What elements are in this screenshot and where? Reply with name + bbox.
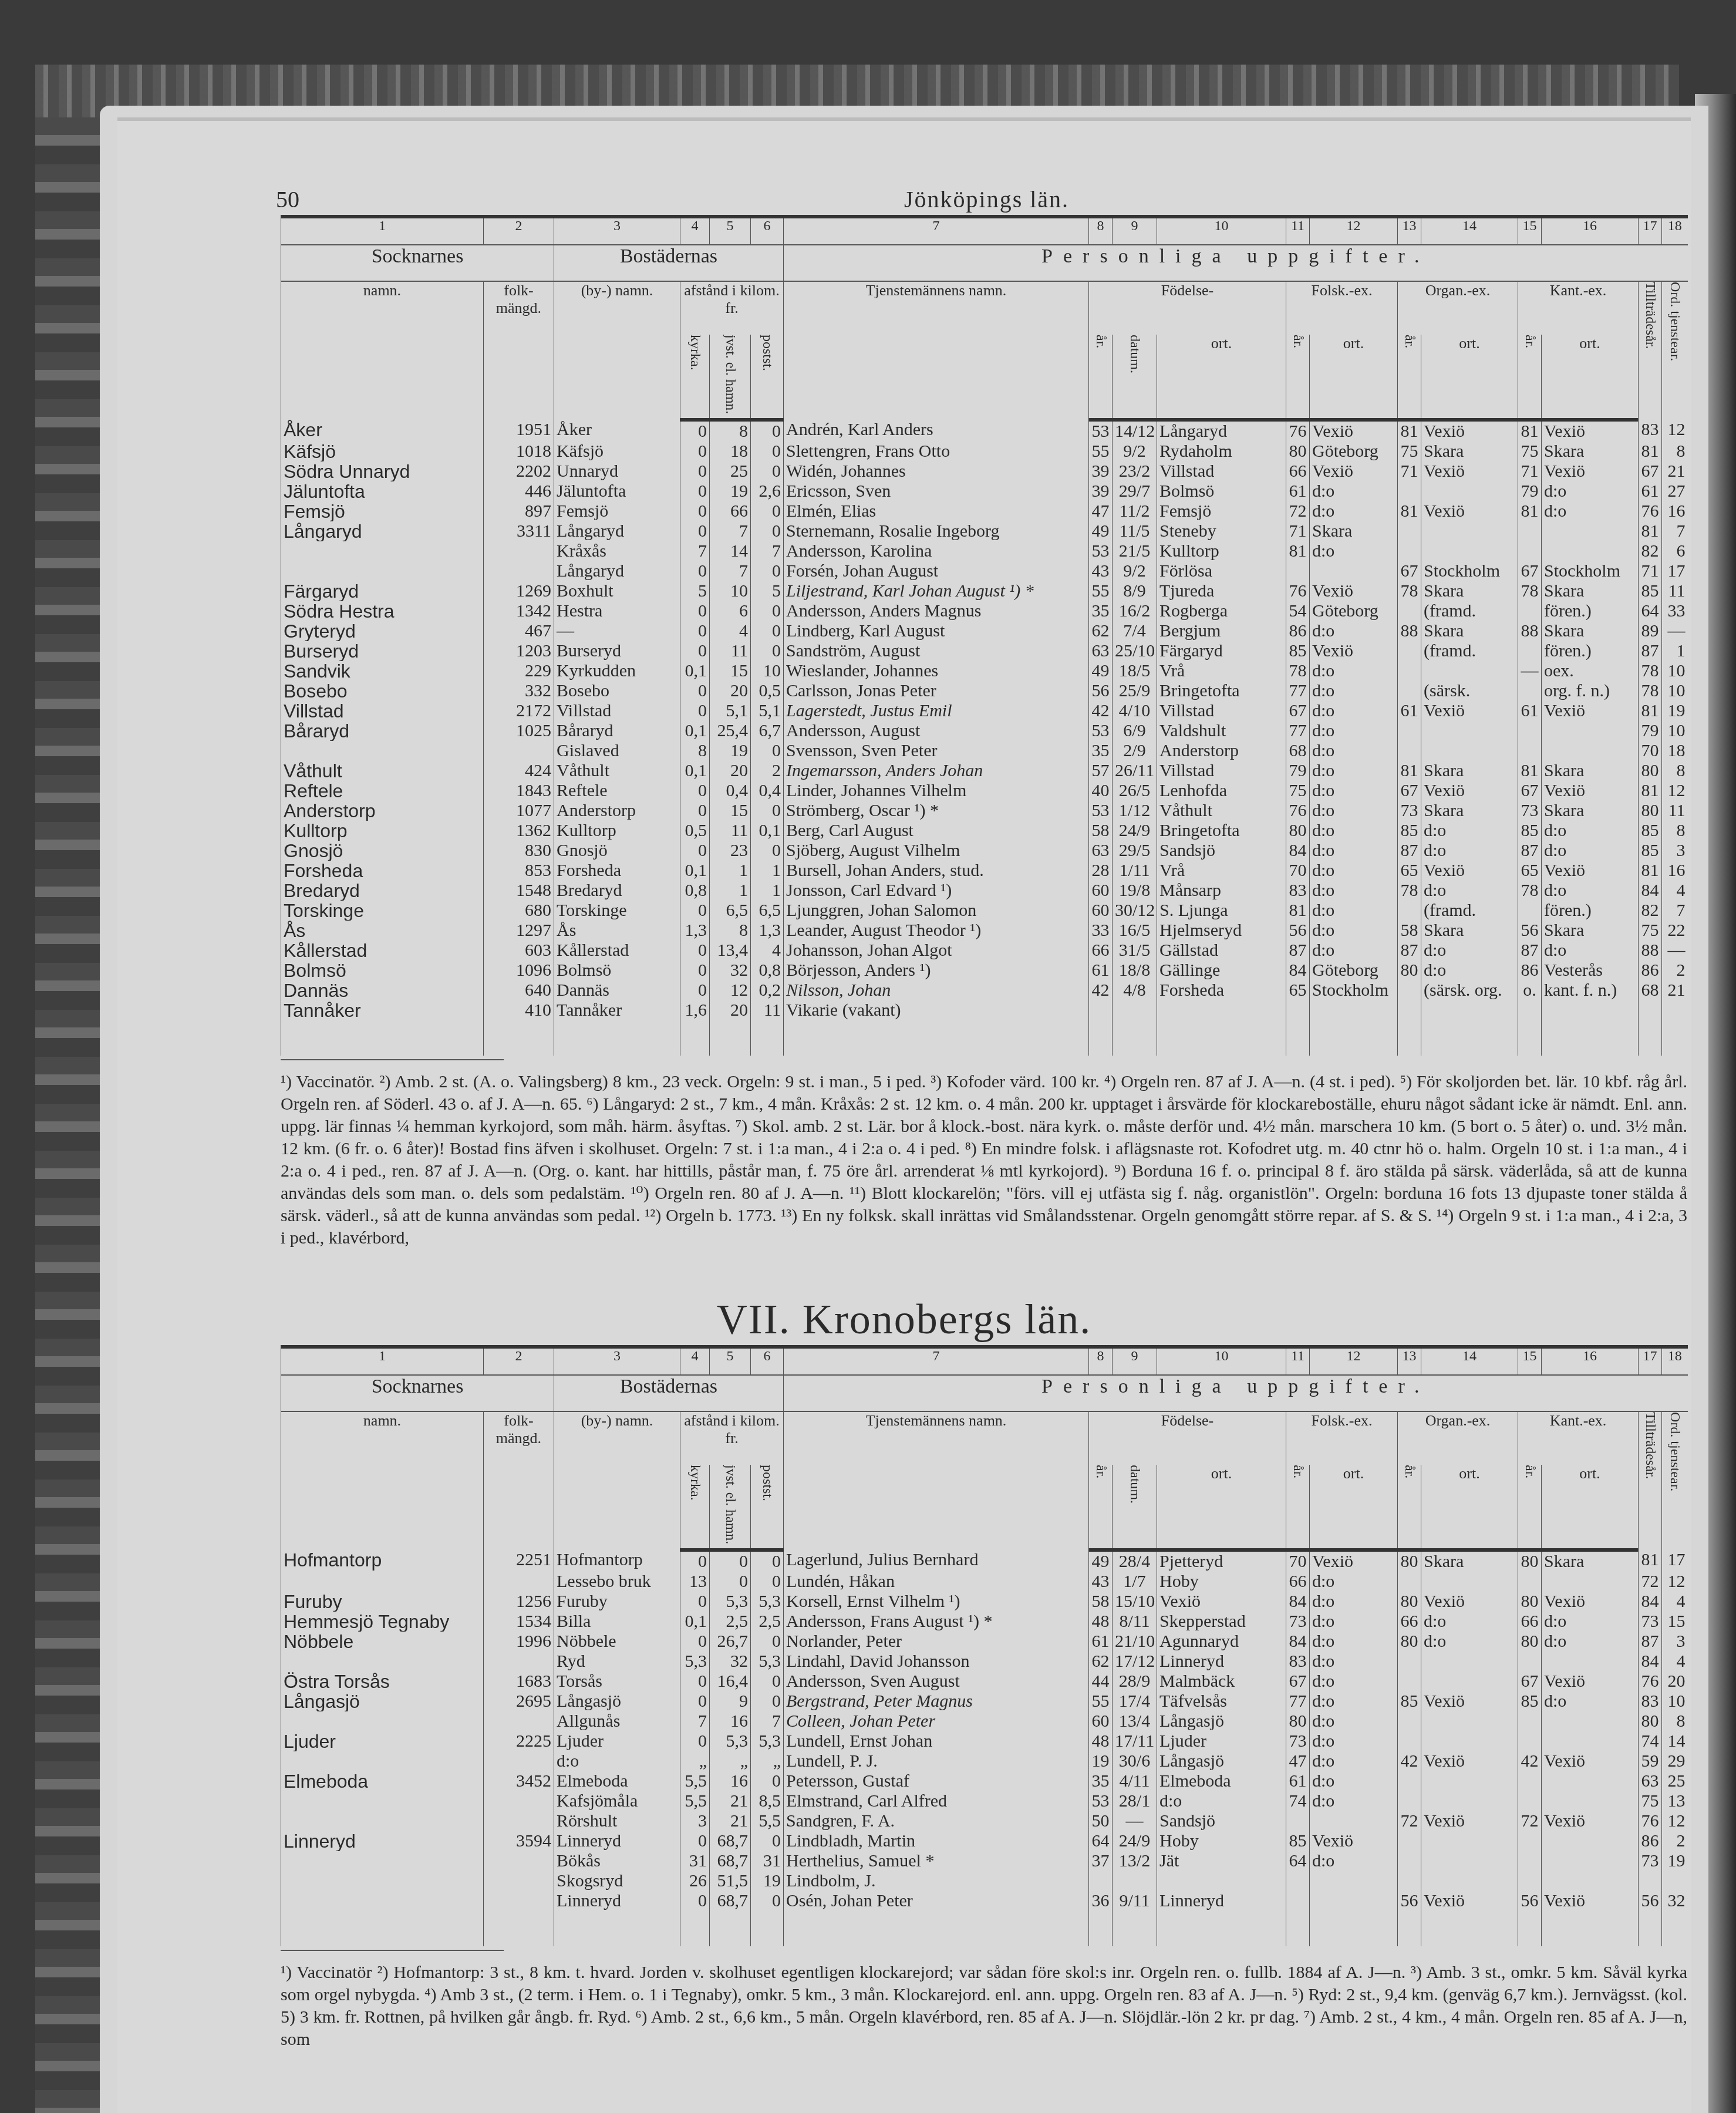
cell-fo: Vexiö — [1310, 641, 1398, 661]
cell-fa: 80 — [1286, 1711, 1310, 1731]
cell-j: 11 — [710, 821, 751, 841]
cell-oa: 80 — [1398, 1632, 1421, 1652]
cell-tj: 16 — [1662, 501, 1688, 521]
cell-fo: d:o — [1310, 721, 1398, 741]
header-bostadernas: Bostädernas — [554, 245, 784, 281]
cell-tj — [1662, 1000, 1688, 1020]
cell-j: 5,3 — [710, 1592, 751, 1612]
cell-ko — [1542, 1000, 1639, 1020]
header-fodelse: Födelse- — [1089, 281, 1286, 335]
cell-oo — [1421, 1871, 1518, 1891]
cell-j: 16,4 — [710, 1671, 751, 1691]
cell-name: Lundell, P. J. — [784, 1751, 1089, 1771]
cell-oo: Vexiö — [1421, 1891, 1518, 1911]
cell-ko: d:o — [1542, 821, 1639, 841]
cell-ort: Agunnaryd — [1157, 1632, 1286, 1652]
cell-tj: 4 — [1662, 1592, 1688, 1612]
cell-till: 88 — [1639, 941, 1662, 961]
cell-fo: d:o — [1310, 1632, 1398, 1652]
cell-fa: 79 — [1286, 761, 1310, 781]
cell-ko: kant. f. n.) — [1542, 980, 1639, 1000]
cell-ko: Vexiö — [1542, 1671, 1639, 1691]
cell-p: 0,4 — [751, 781, 784, 801]
cell-p: 0 — [751, 521, 784, 541]
cell-name: Vikarie (vakant) — [784, 1000, 1089, 1020]
column-number: 1 — [281, 1347, 484, 1375]
cell-ort: Långasjö — [1157, 1751, 1286, 1771]
table-tail — [281, 1911, 1688, 1946]
cell-p: 0 — [751, 841, 784, 861]
cell-parish: Jäluntofta — [281, 481, 484, 501]
cell-tj: 17 — [1662, 561, 1688, 581]
cell-fa: 85 — [1286, 641, 1310, 661]
cell-pop: 603 — [484, 941, 554, 961]
cell-ar: 57 — [1089, 761, 1113, 781]
cell-till: 70 — [1639, 741, 1662, 761]
cell-pop: 830 — [484, 841, 554, 861]
cell-tj: 18 — [1662, 741, 1688, 761]
cell-fo: Vexiö — [1310, 1550, 1398, 1572]
cell-by: Forsheda — [554, 861, 680, 881]
cell-oo: Skara — [1421, 581, 1518, 601]
cell-oa: 78 — [1398, 581, 1421, 601]
cell-j: 5,1 — [710, 701, 751, 721]
column-number: 15 — [1518, 217, 1542, 245]
cell-parish: Linneryd — [281, 1831, 484, 1851]
table-row: Bredaryd1548Bredaryd0,811Jonsson, Carl E… — [281, 881, 1688, 901]
cell-ort: Valdshult — [1157, 721, 1286, 741]
cell-name: Sjöberg, August Vilhelm — [784, 841, 1089, 861]
cell-j: 0 — [710, 1572, 751, 1592]
cell-ar: 49 — [1089, 661, 1113, 681]
cell-tj: 12 — [1662, 420, 1688, 442]
cell-till: 82 — [1639, 901, 1662, 921]
cell-ort: Anderstorp — [1157, 741, 1286, 761]
cell-k: 0,5 — [680, 821, 710, 841]
cell-k: 0 — [680, 601, 710, 621]
cell-j: 6,5 — [710, 901, 751, 921]
cell-ko: Vexiö — [1542, 1811, 1639, 1831]
cell-oa — [1398, 901, 1421, 921]
header-postst: postst. — [759, 335, 775, 371]
cell-j: 0,4 — [710, 781, 751, 801]
cell-oo — [1421, 1711, 1518, 1731]
cell-fo: d:o — [1310, 821, 1398, 841]
header-tilltradesar: Tillträdesår. — [1642, 1412, 1658, 1479]
cell-j: 13,4 — [710, 941, 751, 961]
cell-ka — [1518, 521, 1542, 541]
cell-till: 84 — [1639, 881, 1662, 901]
cell-ar: 48 — [1089, 1612, 1113, 1632]
cell-j: 68,7 — [710, 1851, 751, 1871]
cell-parish: Furuby — [281, 1592, 484, 1612]
table-row: Östra Torsås1683Torsås016,40Andersson, S… — [281, 1671, 1688, 1691]
cell-fo: d:o — [1310, 661, 1398, 681]
cell-ort: Vrå — [1157, 861, 1286, 881]
running-title: Jönköpings län. — [904, 186, 1069, 213]
header-ord-tjenstear: Ord. tjenstear. — [1667, 1412, 1683, 1491]
cell-ort: Sandsjö — [1157, 1811, 1286, 1831]
cell-tj: 21 — [1662, 461, 1688, 481]
cell-ka — [1518, 681, 1542, 701]
cell-p: 0 — [751, 801, 784, 821]
cell-ka: 73 — [1518, 801, 1542, 821]
cell-p: 0 — [751, 641, 784, 661]
cell-pop: 1843 — [484, 781, 554, 801]
cell-ar: 40 — [1089, 781, 1113, 801]
table-row: Femsjö897Femsjö0660Elmén, Elias4711/2Fem… — [281, 501, 1688, 521]
cell-pop: 2695 — [484, 1691, 554, 1711]
cell-j: 66 — [710, 501, 751, 521]
cell-ar: 48 — [1089, 1731, 1113, 1751]
column-number: 4 — [680, 1347, 710, 1375]
cell-oo — [1421, 1000, 1518, 1020]
cell-ko: Vexiö — [1542, 1592, 1639, 1612]
cell-fo: d:o — [1310, 941, 1398, 961]
cell-p: 0 — [751, 1691, 784, 1711]
cell-parish: Långaryd — [281, 521, 484, 541]
cell-fa — [1286, 1000, 1310, 1020]
cell-k: 0 — [680, 481, 710, 501]
cell-ar: 55 — [1089, 581, 1113, 601]
cell-ko: Vexiö — [1542, 861, 1639, 881]
cell-ort — [1157, 1871, 1286, 1891]
cell-name: Johansson, Johan Algot — [784, 941, 1089, 961]
cell-datum: 9/2 — [1113, 561, 1157, 581]
cell-till: 64 — [1639, 601, 1662, 621]
table-row: Jäluntofta446Jäluntofta0192,6Ericsson, S… — [281, 481, 1688, 501]
cell-k: 0 — [680, 781, 710, 801]
cell-tj: 33 — [1662, 601, 1688, 621]
cell-fa — [1286, 1811, 1310, 1831]
cell-oa: 72 — [1398, 1811, 1421, 1831]
cell-fa: 70 — [1286, 1550, 1310, 1572]
cell-ka: 87 — [1518, 841, 1542, 861]
cell-ka: 67 — [1518, 561, 1542, 581]
cell-pop — [484, 1751, 554, 1771]
cell-datum: 6/9 — [1113, 721, 1157, 741]
cell-oo: Vexiö — [1421, 1691, 1518, 1711]
cell-ort: Malmbäck — [1157, 1671, 1286, 1691]
cell-ort: Villstad — [1157, 761, 1286, 781]
cell-datum: 24/9 — [1113, 1831, 1157, 1851]
cell-j: 7 — [710, 521, 751, 541]
cell-p: 0 — [751, 442, 784, 461]
header-organ-ar: år. — [1401, 335, 1417, 348]
cell-till: 87 — [1639, 1632, 1662, 1652]
cell-parish: Våthult — [281, 761, 484, 781]
column-number: 1 — [281, 217, 484, 245]
cell-by: — — [554, 621, 680, 641]
table-row: Ryd5,3325,3Lindahl, David Johansson6217/… — [281, 1652, 1688, 1671]
cell-by: Bredaryd — [554, 881, 680, 901]
cell-ar: 60 — [1089, 881, 1113, 901]
cell-datum: 21/10 — [1113, 1632, 1157, 1652]
header-folsk-ar: år. — [1290, 1465, 1306, 1478]
cell-fo: d:o — [1310, 861, 1398, 881]
cell-k: 31 — [680, 1851, 710, 1871]
cell-pop: 1077 — [484, 801, 554, 821]
cell-by: Femsjö — [554, 501, 680, 521]
column-number: 2 — [484, 217, 554, 245]
cell-ar: 33 — [1089, 921, 1113, 941]
cell-ort: Bergjum — [1157, 621, 1286, 641]
cell-tj: 8 — [1662, 442, 1688, 461]
cell-fa: 84 — [1286, 841, 1310, 861]
cell-oo — [1421, 1851, 1518, 1871]
cell-fa: 67 — [1286, 1671, 1310, 1691]
cell-oa: 67 — [1398, 561, 1421, 581]
cell-oa: 61 — [1398, 701, 1421, 721]
cell-by: Linneryd — [554, 1831, 680, 1851]
cell-parish: Bosebo — [281, 681, 484, 701]
cell-oa — [1398, 1671, 1421, 1691]
cell-fo: d:o — [1310, 541, 1398, 561]
cell-by: Hofmantorp — [554, 1550, 680, 1572]
cell-fa: 80 — [1286, 442, 1310, 461]
cell-name: Sandgren, F. A. — [784, 1811, 1089, 1831]
cell-ka: — — [1518, 661, 1542, 681]
cell-j: 25,4 — [710, 721, 751, 741]
cell-tj — [1662, 1871, 1688, 1891]
cell-oo: Vexiö — [1421, 501, 1518, 521]
cell-fa: 70 — [1286, 861, 1310, 881]
cell-parish — [281, 1891, 484, 1911]
cell-tj: 10 — [1662, 681, 1688, 701]
cell-ort: Lenhofda — [1157, 781, 1286, 801]
cell-j: 26,7 — [710, 1632, 751, 1652]
cell-by: Nöbbele — [554, 1632, 680, 1652]
cell-by: Kyrkudden — [554, 661, 680, 681]
table-row: Käfsjö1018Käfsjö0180Slettengren, Frans O… — [281, 442, 1688, 461]
cell-pop: 3594 — [484, 1831, 554, 1851]
cell-ka: 75 — [1518, 442, 1542, 461]
cell-pop: 1269 — [484, 581, 554, 601]
cell-by: Hestra — [554, 601, 680, 621]
cell-parish: Forsheda — [281, 861, 484, 881]
cell-datum: 11/2 — [1113, 501, 1157, 521]
cell-pop: 2251 — [484, 1550, 554, 1572]
cell-till: 71 — [1639, 561, 1662, 581]
table-row: Allgunås7167Colleen, Johan Peter6013/4Lå… — [281, 1711, 1688, 1731]
cell-till: 78 — [1639, 661, 1662, 681]
cell-fo — [1310, 561, 1398, 581]
cell-fa: 47 — [1286, 1751, 1310, 1771]
cell-ar: 62 — [1089, 1652, 1113, 1671]
cell-ort: Skepperstad — [1157, 1612, 1286, 1632]
cell-ka: o. — [1518, 980, 1542, 1000]
cell-k: 0 — [680, 801, 710, 821]
cell-oo: Vexiö — [1421, 861, 1518, 881]
cell-ko: Skara — [1542, 442, 1639, 461]
cell-fo: d:o — [1310, 901, 1398, 921]
cell-j: 14 — [710, 541, 751, 561]
header-folsk-ort: ort. — [1310, 1465, 1398, 1550]
section-jonkopings-lan: 123456789101112131415161718 Socknarnes B… — [281, 215, 1687, 1249]
column-number: 16 — [1542, 217, 1639, 245]
cell-name: Lindbladh, Martin — [784, 1831, 1089, 1851]
cell-fo: d:o — [1310, 681, 1398, 701]
cell-tj: 11 — [1662, 581, 1688, 601]
column-number: 7 — [784, 1347, 1089, 1375]
cell-ar: 62 — [1089, 621, 1113, 641]
cell-ka — [1518, 1731, 1542, 1751]
cell-ka: 71 — [1518, 461, 1542, 481]
cell-by: Kråxås — [554, 541, 680, 561]
cell-ko — [1542, 521, 1639, 541]
cell-ort: Rogberga — [1157, 601, 1286, 621]
cell-oa — [1398, 1871, 1421, 1891]
cell-oo: d:o — [1421, 961, 1518, 980]
cell-ar: 42 — [1089, 980, 1113, 1000]
table-row: Nöbbele1996Nöbbele026,70Norlander, Peter… — [281, 1632, 1688, 1652]
cell-k: 0 — [680, 641, 710, 661]
cell-till: 81 — [1639, 442, 1662, 461]
cell-parish: Långasjö — [281, 1691, 484, 1711]
cell-pop: 410 — [484, 1000, 554, 1020]
cell-pop — [484, 1572, 554, 1592]
cell-pop: 3452 — [484, 1771, 554, 1791]
cell-ort: Forsheda — [1157, 980, 1286, 1000]
cell-parish: Reftele — [281, 781, 484, 801]
cell-ort: Pjetteryd — [1157, 1550, 1286, 1572]
cell-till: 80 — [1639, 1711, 1662, 1731]
cell-ort: Rydaholm — [1157, 442, 1286, 461]
cell-name: Herthelius, Samuel * — [784, 1851, 1089, 1871]
cell-k: 0 — [680, 521, 710, 541]
cell-datum: 18/8 — [1113, 961, 1157, 980]
cell-ka: 78 — [1518, 581, 1542, 601]
cell-datum: 14/12 — [1113, 420, 1157, 442]
cell-fa: 56 — [1286, 921, 1310, 941]
cell-j: 12 — [710, 980, 751, 1000]
cell-oo: (framd. — [1421, 641, 1518, 661]
cell-fo: d:o — [1310, 1612, 1398, 1632]
cell-fa: 66 — [1286, 461, 1310, 481]
cell-till: 85 — [1639, 581, 1662, 601]
cell-ka — [1518, 1572, 1542, 1592]
cell-k: 0,1 — [680, 661, 710, 681]
cell-ort: Elmeboda — [1157, 1771, 1286, 1791]
cell-ka: 81 — [1518, 761, 1542, 781]
cell-p: 0 — [751, 561, 784, 581]
cell-ar: 35 — [1089, 1771, 1113, 1791]
cell-oo: d:o — [1421, 1632, 1518, 1652]
table-row: Rörshult3215,5Sandgren, F. A.50—Sandsjö7… — [281, 1811, 1688, 1831]
cell-k: 26 — [680, 1871, 710, 1891]
cell-j: 6 — [710, 601, 751, 621]
header-tjenstemannens: Tjenstemännens namn. — [784, 1411, 1089, 1550]
cell-ko: Skara — [1542, 921, 1639, 941]
cell-till: 72 — [1639, 1572, 1662, 1592]
cell-name: Petersson, Gustaf — [784, 1771, 1089, 1791]
cell-j: 68,7 — [710, 1891, 751, 1911]
cell-fo: Vexiö — [1310, 461, 1398, 481]
cell-pop: 1025 — [484, 721, 554, 741]
cell-ko — [1542, 1572, 1639, 1592]
cell-oa: 73 — [1398, 801, 1421, 821]
cell-till: 85 — [1639, 821, 1662, 841]
cell-parish: Burseryd — [281, 641, 484, 661]
cell-ort: Tjureda — [1157, 581, 1286, 601]
cell-p: 0 — [751, 420, 784, 442]
cell-ar: 58 — [1089, 821, 1113, 841]
cell-j: 11 — [710, 641, 751, 661]
cell-parish: Tannåker — [281, 1000, 484, 1020]
cell-ar: 39 — [1089, 481, 1113, 501]
cell-fa — [1286, 1871, 1310, 1891]
column-number: 11 — [1286, 217, 1310, 245]
cell-name: Nilsson, Johan — [784, 980, 1089, 1000]
header-namn: namn. — [281, 1411, 484, 1550]
cell-tj: 4 — [1662, 1652, 1688, 1671]
header-datum: datum. — [1127, 335, 1142, 373]
cell-ka: 65 — [1518, 861, 1542, 881]
cell-datum: 25/10 — [1113, 641, 1157, 661]
cell-by: Boxhult — [554, 581, 680, 601]
cell-p: 31 — [751, 1851, 784, 1871]
cell-oo — [1421, 1791, 1518, 1811]
table-row: Södra Hestra1342Hestra060Andersson, Ande… — [281, 601, 1688, 621]
cell-p: 5,3 — [751, 1731, 784, 1751]
cell-fa: 83 — [1286, 881, 1310, 901]
column-number-row: 123456789101112131415161718 — [281, 217, 1688, 245]
cell-ko: oex. — [1542, 661, 1639, 681]
cell-by: Torsås — [554, 1671, 680, 1691]
cell-till: 73 — [1639, 1612, 1662, 1632]
cell-ar: 63 — [1089, 641, 1113, 661]
cell-ort: S. Ljunga — [1157, 901, 1286, 921]
cell-parish: Östra Torsås — [281, 1671, 484, 1691]
cell-ort: Bringetofta — [1157, 821, 1286, 841]
column-number: 10 — [1157, 217, 1286, 245]
cell-name: Lundell, Ernst Johan — [784, 1731, 1089, 1751]
cell-p: 0,8 — [751, 961, 784, 980]
cell-by: Rörshult — [554, 1811, 680, 1831]
cell-by: Kafsjömåla — [554, 1791, 680, 1811]
cell-ort: Täfvelsås — [1157, 1691, 1286, 1711]
cell-k: 0 — [680, 1632, 710, 1652]
table-row: Ås1297Ås1,381,3Leander, August Theodor ¹… — [281, 921, 1688, 941]
cell-name: Osén, Johan Peter — [784, 1891, 1089, 1911]
cell-ort: Färgaryd — [1157, 641, 1286, 661]
cell-ko: d:o — [1542, 501, 1639, 521]
header-organ-ort: ort. — [1421, 1465, 1518, 1550]
cell-oa: 75 — [1398, 442, 1421, 461]
table-row: Furuby1256Furuby05,35,3Korsell, Ernst Vi… — [281, 1592, 1688, 1612]
cell-ka: 85 — [1518, 1691, 1542, 1711]
cell-ar: 56 — [1089, 681, 1113, 701]
cell-p: 5,5 — [751, 1811, 784, 1831]
cell-k: 0 — [680, 442, 710, 461]
cell-fo: d:o — [1310, 921, 1398, 941]
table-row: Våthult424Våthult0,1202Ingemarsson, Ande… — [281, 761, 1688, 781]
cell-oo: Skara — [1421, 1550, 1518, 1572]
cell-ka: 80 — [1518, 1632, 1542, 1652]
header-organ-ex: Organ.-ex. — [1398, 281, 1518, 335]
group-header-row: Socknarnes Bostädernas Personliga uppgif… — [281, 245, 1688, 281]
cell-ort: Månsarp — [1157, 881, 1286, 901]
cell-tj: 19 — [1662, 701, 1688, 721]
cell-ort: Gällinge — [1157, 961, 1286, 980]
cell-till: 85 — [1639, 841, 1662, 861]
cell-oo: d:o — [1421, 841, 1518, 861]
cell-tj: 3 — [1662, 1632, 1688, 1652]
cell-ar: 36 — [1089, 1891, 1113, 1911]
cell-pop: 1297 — [484, 921, 554, 941]
cell-pop: 2225 — [484, 1731, 554, 1751]
cell-tj: 7 — [1662, 521, 1688, 541]
